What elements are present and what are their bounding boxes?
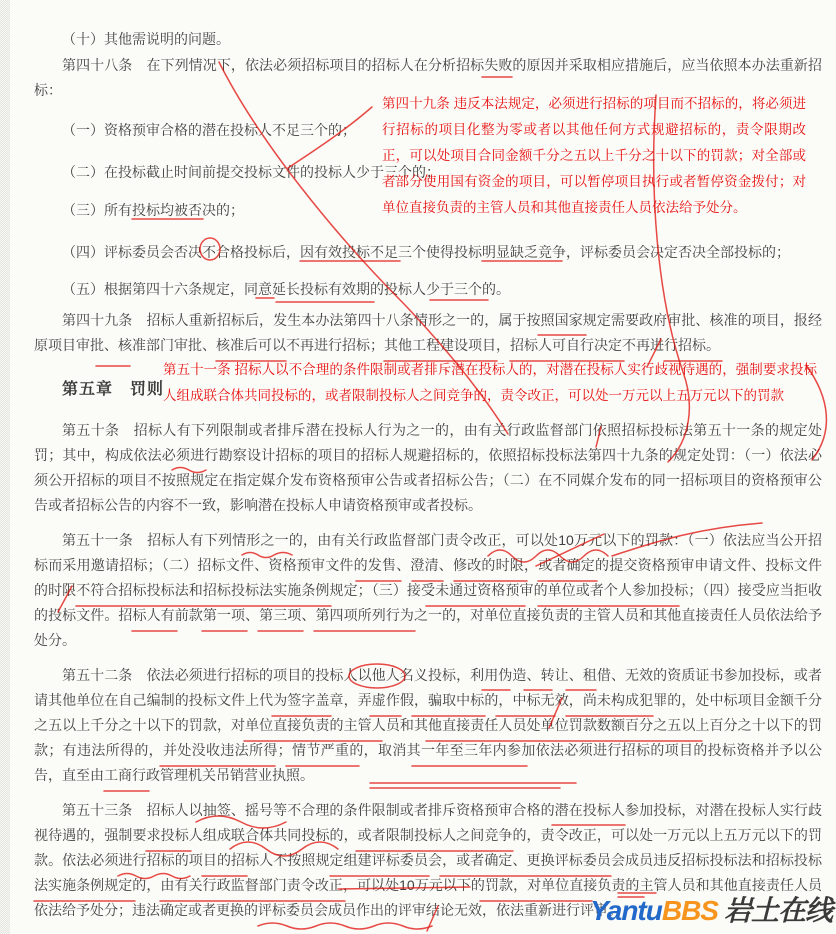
- chapter-5-heading: 第五章 罚则: [62, 376, 164, 399]
- yantubbs-watermark: YantuBBS岩土在线: [590, 889, 832, 929]
- watermark-yantu-text: Yantu: [590, 895, 662, 926]
- document-page: （十）其他需说明的问题。 第四十八条 在下列情况下，依法必须招标项目的招标人在分…: [0, 0, 836, 934]
- watermark-cjk-text: 岩土在线: [724, 895, 832, 926]
- scanned-page-edge: [0, 0, 10, 934]
- article-52: 第五十二条 依法必须进行招标的项目的投标人以他人名义投标，利用伪造、转让、租借、…: [34, 663, 822, 788]
- misc-item-10: （十）其他需说明的问题。: [34, 27, 822, 52]
- article-50: 第五十条 招标人有下列限制或者排斥潜在投标人行为之一的，由有关行政监督部门依照招…: [34, 418, 822, 518]
- red-annotation-article-49: 第四十九条 违反本法规定，必须进行招标的项目而不招标的，将必须进行招标的项目化整…: [382, 91, 806, 221]
- article-48-item-5: （五）根据第四十六条规定，同意延长投标有效期的投标人少于三个的。: [34, 277, 822, 302]
- red-annotation-article-51: 第五十一条 招标人以不合理的条件限制或者排斥潜在投标人的，对潜在投标人实行歧视待…: [163, 357, 817, 409]
- article-51: 第五十一条 招标人有下列情形之一的，由有关行政监督部门责令改正，可以处10万元以…: [34, 528, 822, 653]
- watermark-bbs-text: BBS: [662, 895, 718, 926]
- article-48-item-4: （四）评标委员会否决不合格投标后，因有效投标不足三个使得投标明显缺乏竞争，评标委…: [34, 240, 822, 265]
- article-49: 第四十九条 招标人重新招标后，发生本办法第四十八条情形之一的，属于按照国家规定需…: [34, 308, 822, 358]
